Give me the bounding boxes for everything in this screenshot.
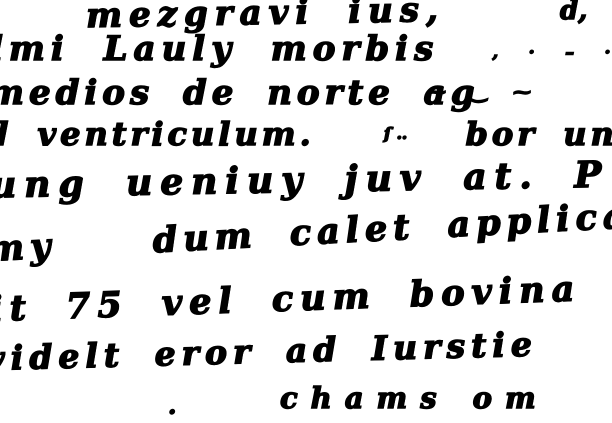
manuscript-line: my dum calet applicatur (0, 194, 612, 267)
manuscript-page: mezgravi ius, lmi Lauly morbis medios de… (0, 0, 612, 423)
ink-mark: ſ ‥ (384, 126, 407, 142)
manuscript-line: it 75 vel cum bovina m (0, 269, 612, 327)
ink-mark: d, (560, 0, 587, 24)
ink-mark: · (168, 400, 176, 423)
manuscript-line: medios de norte ag (0, 76, 479, 110)
manuscript-line: lmi Lauly morbis (0, 32, 439, 66)
manuscript-line: ung ueniuy juv at. P (0, 157, 610, 204)
manuscript-line: chams om (280, 384, 549, 413)
ink-mark: ‚ · – · (492, 44, 612, 62)
manuscript-line: videlt eror ad Iurstie (0, 328, 538, 375)
manuscript-line: d ventriculum. bor unad. (0, 118, 612, 150)
ink-mark: ⁓ ‿ ⁓ (428, 84, 541, 102)
